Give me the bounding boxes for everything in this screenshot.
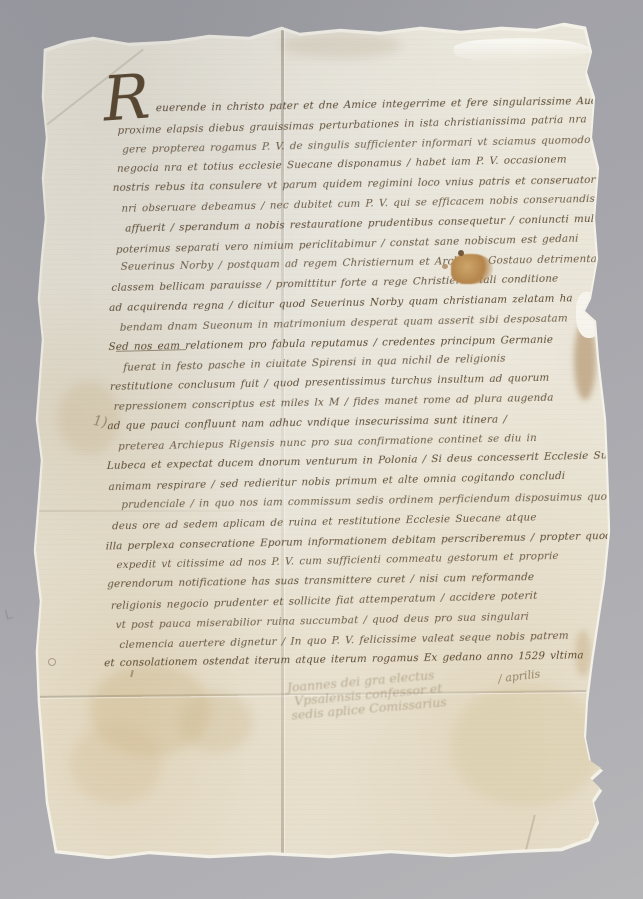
backdrop-pencil-mark: L — [3, 607, 14, 623]
manuscript-paper: R euerende in christo pater et dne Amice… — [30, 24, 622, 865]
manuscript-text-block: euerende in christo pater et dne Amice i… — [104, 91, 612, 676]
bottom-right-crease — [520, 815, 535, 870]
ring-mark — [48, 658, 56, 666]
stain-bottom-left-3 — [180, 692, 252, 752]
stain-bottom-right — [450, 684, 602, 806]
photo-backdrop: L R euerende in christo pater et dne Ami… — [0, 0, 643, 899]
wax-stain-speck — [458, 250, 464, 256]
torn-flap-top-right — [454, 36, 591, 65]
margin-annotation: 1) — [92, 413, 109, 431]
faded-signature-block: Joannes dei gra electus Vpsalensis confe… — [286, 667, 447, 723]
stain-bottom-left-2 — [70, 724, 162, 804]
wax-stain-satellite — [442, 264, 448, 269]
stain-top-edge — [280, 32, 402, 58]
date-month-word: / aprilis — [497, 667, 541, 685]
